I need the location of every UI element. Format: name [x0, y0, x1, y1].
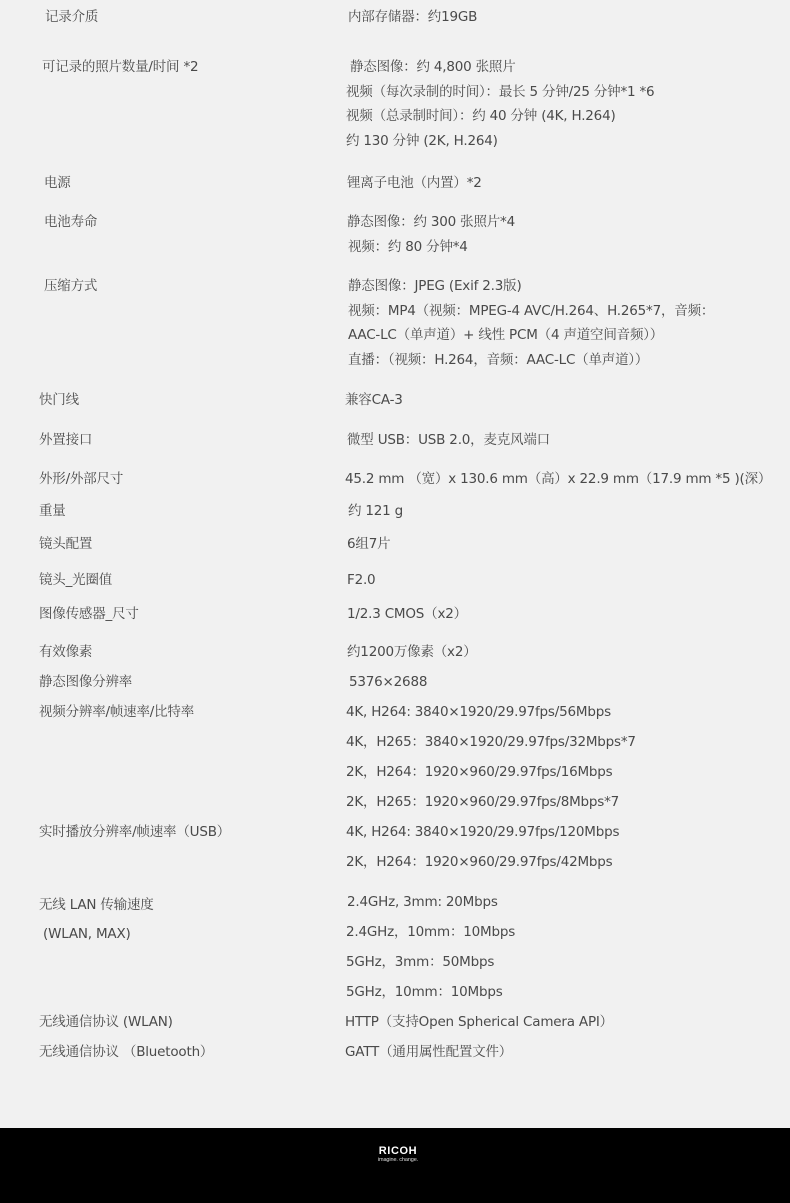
- brand-name: RICOH: [372, 1146, 424, 1157]
- spec-label-recordable-count: 可记录的照片数量/时间 *2: [42, 58, 204, 76]
- ricoh-logo: RICOH imagine. change.: [372, 1146, 424, 1164]
- spec-label-sensor-size: 图像传感器_尺寸: [39, 605, 139, 623]
- spec-value: 视频（总录制时间）：约 40 分钟 (4K, H.264): [346, 107, 616, 125]
- spec-label-power: 电源: [44, 174, 71, 192]
- spec-value: 微型 USB：USB 2.0，麦克风端口: [347, 431, 550, 449]
- spec-value: 约 130 分钟 (2K, H.264): [346, 132, 498, 150]
- spec-value: 2K，H265：1920×960/29.97fps/8Mbps*7: [346, 793, 619, 811]
- spec-value: 4K，H265：3840×1920/29.97fps/32Mbps*7: [346, 733, 636, 751]
- spec-label-live-streaming: 实时播放分辨率/帧速率（USB）: [39, 823, 230, 841]
- spec-value: 1/2.3 CMOS（x2）: [347, 605, 467, 623]
- spec-value: GATT（通用属性配置文件）: [345, 1043, 512, 1061]
- spec-label-wlan-speed-sub: (WLAN, MAX): [43, 925, 131, 943]
- spec-label-bluetooth-protocol: 无线通信协议 （Bluetooth）: [39, 1043, 213, 1061]
- spec-value: 视频：约 80 分钟*4: [348, 238, 468, 256]
- spec-value: 2K，H264：1920×960/29.97fps/42Mbps: [346, 853, 613, 871]
- spec-value: 约 121 g: [348, 502, 403, 520]
- spec-label-dimensions: 外形/外部尺寸: [39, 470, 123, 488]
- spec-label-video-resolution: 视频分辨率/帧速率/比特率: [39, 703, 194, 721]
- spec-value: 兼容CA-3: [345, 391, 403, 409]
- spec-label-aperture: 镜头_光圈值: [39, 571, 112, 589]
- spec-value: 视频（每次录制的时间）：最长 5 分钟/25 分钟*1 *6: [346, 83, 654, 101]
- spec-value: 4K, H264: 3840×1920/29.97fps/120Mbps: [346, 823, 619, 841]
- footer: RICOH imagine. change.: [0, 1128, 790, 1203]
- spec-value: 静态图像：约 4,800 张照片: [350, 58, 516, 76]
- spec-label-weight: 重量: [39, 502, 66, 520]
- spec-value: 5GHz，3mm：50Mbps: [346, 953, 494, 971]
- spec-value: 45.2 mm （宽）x 130.6 mm（高）x 22.9 mm（17.9 m…: [345, 470, 771, 488]
- spec-value: 锂离子电池（内置）*2: [347, 174, 482, 192]
- spec-value: 4K, H264: 3840×1920/29.97fps/56Mbps: [346, 703, 611, 721]
- spec-value: 5GHz，10mm：10Mbps: [346, 983, 503, 1001]
- spec-value: 2K，H264：1920×960/29.97fps/16Mbps: [346, 763, 613, 781]
- spec-value: 内部存储器：约19GB: [348, 8, 477, 26]
- spec-label-recording-media: 记录介质: [45, 8, 98, 26]
- spec-label-wlan-speed: 无线 LAN 传输速度: [39, 896, 154, 914]
- spec-value: 约1200万像素（x2）: [347, 643, 477, 661]
- spec-label-wlan-protocol: 无线通信协议 (WLAN): [39, 1013, 173, 1031]
- spec-value: HTTP（支持Open Spherical Camera API）: [345, 1013, 613, 1031]
- spec-table: 记录介质 内部存储器：约19GB 可记录的照片数量/时间 *2 静态图像：约 4…: [0, 0, 790, 1128]
- spec-label-external-interface: 外置接口: [39, 431, 92, 449]
- spec-value: 2.4GHz, 3mm: 20Mbps: [347, 893, 498, 911]
- spec-value: 静态图像：约 300 张照片*4: [347, 213, 515, 231]
- brand-tagline: imagine. change.: [372, 1157, 424, 1164]
- spec-value: 直播：（视频：H.264，音频：AAC-LC（单声道））: [348, 351, 648, 369]
- spec-value: AAC-LC（单声道）+ 线性 PCM（4 声道空间音频））: [348, 326, 663, 344]
- spec-label-shutter-cable: 快门线: [39, 391, 79, 409]
- spec-label-effective-pixels: 有效像素: [39, 643, 92, 661]
- spec-label-compression: 压缩方式: [44, 277, 97, 295]
- spec-value: 2.4GHz，10mm：10Mbps: [346, 923, 515, 941]
- spec-value: 5376×2688: [349, 673, 427, 691]
- spec-value: F2.0: [347, 571, 375, 589]
- spec-value: 静态图像：JPEG (Exif 2.3版): [348, 277, 522, 295]
- spec-value: 6组7片: [347, 535, 390, 553]
- spec-label-still-resolution: 静态图像分辨率: [39, 673, 132, 691]
- spec-label-lens-config: 镜头配置: [39, 535, 92, 553]
- spec-value: 视频：MP4（视频：MPEG-4 AVC/H.264、H.265*7，音频：: [348, 302, 714, 320]
- spec-label-battery-life: 电池寿命: [44, 213, 97, 231]
